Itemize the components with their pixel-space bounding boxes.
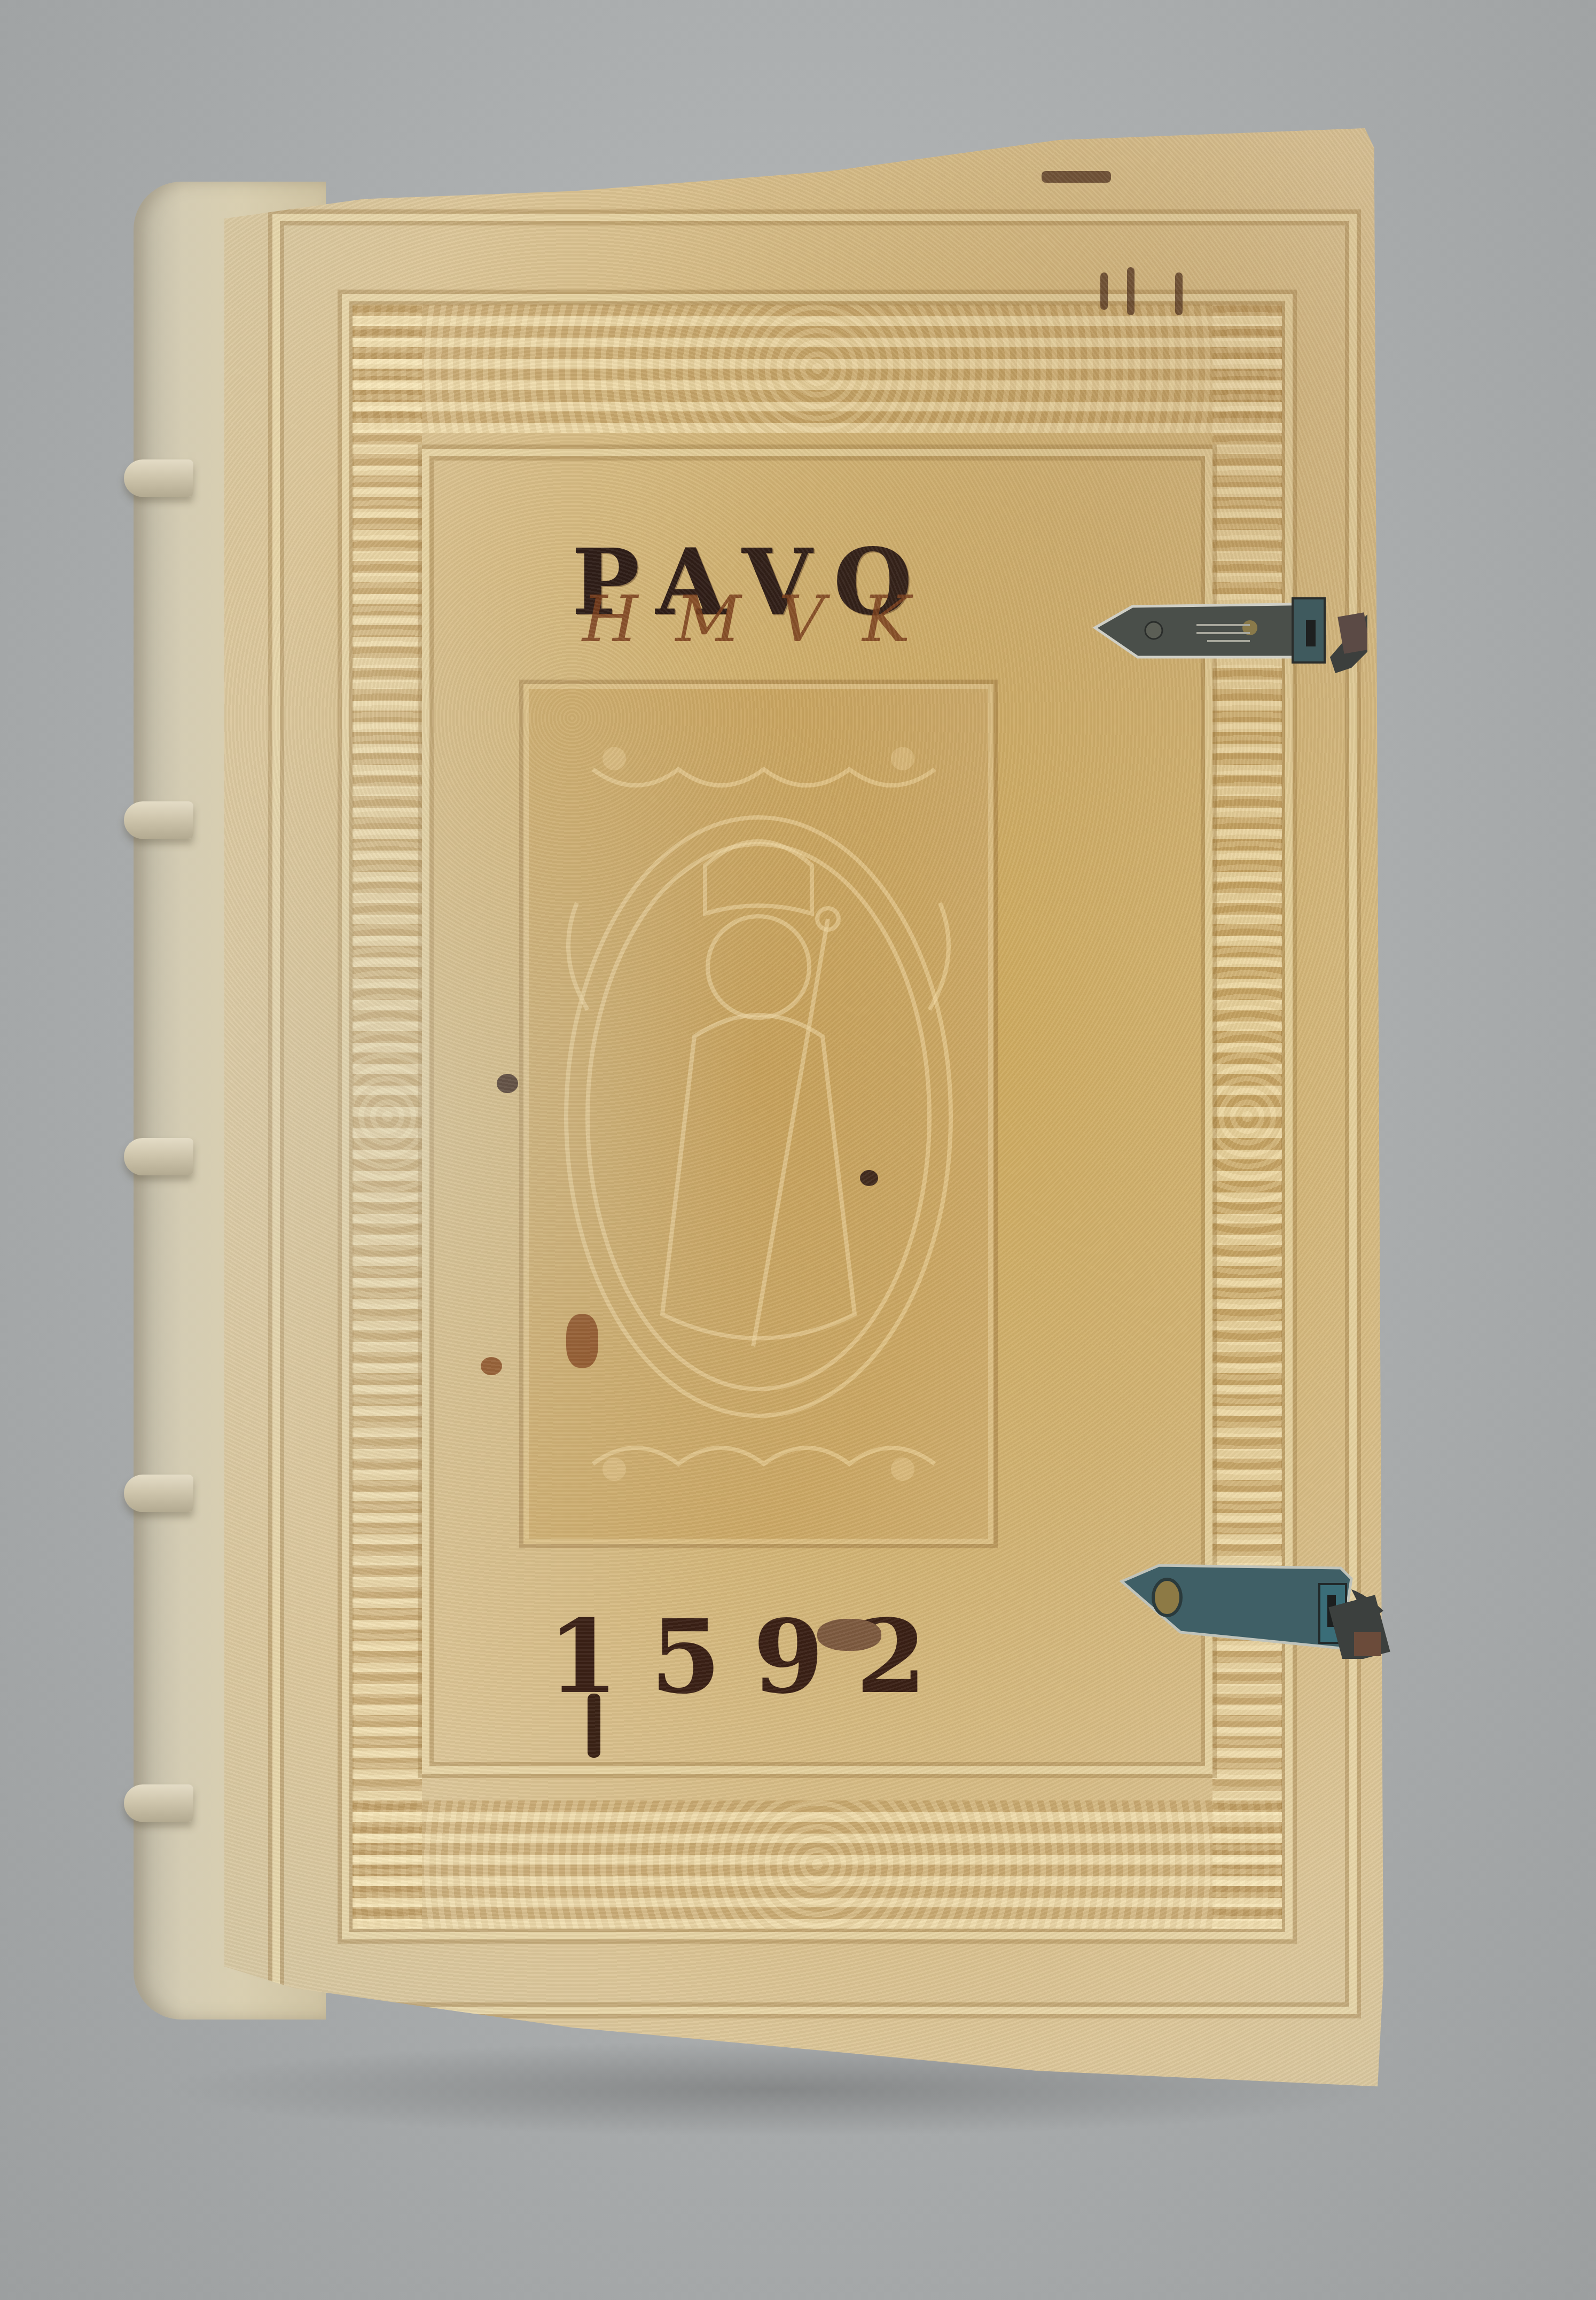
spine-raised-band — [124, 1784, 193, 1822]
top-roll-band — [353, 305, 1282, 433]
right-roll-band — [1212, 305, 1282, 1929]
ink-spot — [497, 1074, 518, 1093]
clasp-icon — [1116, 1552, 1394, 1659]
front-cover: PAVO HMVK — [224, 128, 1383, 2094]
upper-clasp — [1090, 577, 1367, 684]
handwritten-initials: HMVK — [582, 582, 948, 657]
ink-mark — [588, 1694, 600, 1758]
photo-scene: PAVO HMVK — [0, 0, 1596, 2300]
ink-scratch — [1175, 272, 1183, 315]
bottom-roll-band — [353, 1800, 1282, 1929]
book: PAVO HMVK — [134, 128, 1383, 2094]
worn-patch — [817, 1619, 881, 1651]
title-label: PAVO HMVK — [523, 518, 983, 646]
spine-raised-band — [124, 801, 193, 839]
ink-scratch — [1100, 272, 1108, 310]
ink-scratch — [1127, 267, 1135, 315]
clasp-icon — [1090, 577, 1367, 684]
rust-stain — [566, 1314, 598, 1368]
binding-year: 1592 — [548, 1597, 959, 1716]
ink-spot — [860, 1170, 878, 1186]
spine-raised-band — [124, 1475, 193, 1512]
central-panel — [523, 684, 993, 1544]
left-roll-band — [353, 305, 422, 1929]
rust-stain — [481, 1357, 502, 1375]
spine-raised-band — [124, 1138, 193, 1175]
spine-raised-band — [124, 459, 193, 497]
portrait-medallion-icon — [529, 689, 988, 1539]
ink-scratch — [1042, 171, 1111, 183]
lower-clasp — [1116, 1552, 1394, 1659]
